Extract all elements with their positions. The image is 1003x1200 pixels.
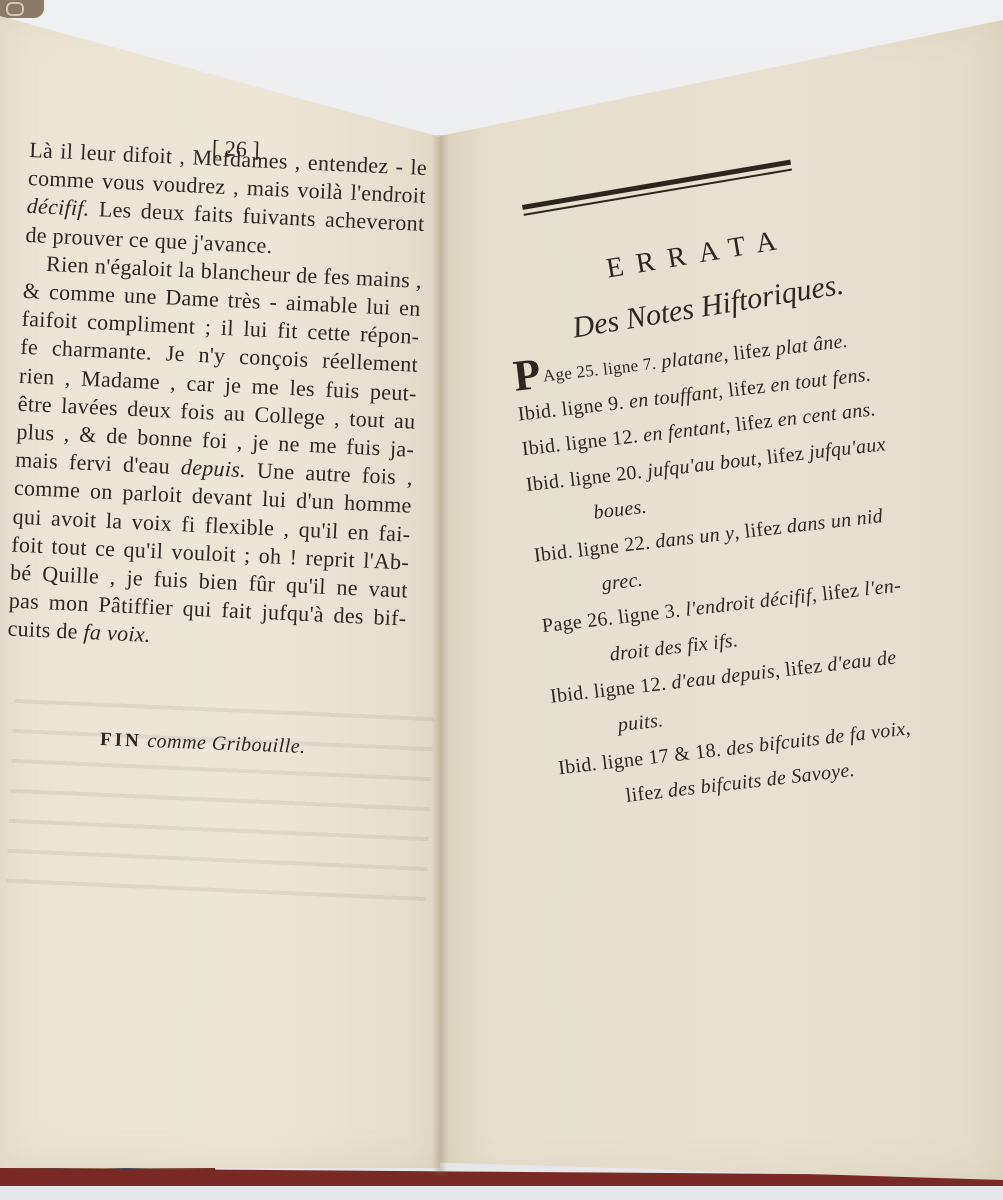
entry-correction: jufqu'aux [808, 433, 887, 464]
entry-error: en fentant [642, 416, 726, 447]
left-page-body: Là il leur difoit , Mefdames , entendez … [7, 136, 430, 661]
line-text: mais fervi d'eau [15, 447, 171, 479]
entry-sep: , lifez [717, 375, 767, 402]
book-gutter [432, 135, 448, 1175]
entry-error: dans un y [654, 522, 735, 553]
entry-error: l'endroit décifif [684, 585, 813, 621]
errata-list: PAge 25. ligne 7. platane, lifez plat ân… [512, 314, 982, 821]
italic-text: décifif. [26, 193, 90, 221]
italic-text: depuis. [180, 454, 246, 482]
entry-error: en touffant [628, 381, 719, 413]
entry-ref: Ibid. ligne 12. [521, 425, 639, 460]
entry-correction: d'eau de [826, 647, 897, 677]
entry-ref: Ibid. ligne 9. [517, 391, 625, 425]
entry-ref: Ibid. ligne 12. [549, 673, 667, 708]
entry-correction: plat âne. [774, 330, 849, 360]
entry-error: d'eau depuis [670, 661, 776, 695]
italic-text: fa voix. [83, 619, 151, 647]
entry-sep: , [904, 717, 912, 739]
entry-ref: Ibid. ligne 22. [533, 532, 651, 567]
entry-ref: Ibid. ligne 20. [525, 461, 643, 496]
entry-sep: , lifez [810, 579, 860, 606]
entry-ref: Age 25. ligne 7. [542, 354, 657, 386]
entry-sep: , lifez [755, 442, 805, 469]
bleed-through-texture [5, 681, 434, 919]
drop-cap: P [511, 349, 544, 401]
entry-sep: , lifez [724, 410, 774, 437]
entry-error: platane [660, 344, 724, 373]
entry-sep: lifez [625, 781, 664, 807]
fin-italic: comme Gribouille. [147, 730, 306, 758]
entry-correction: en cent ans. [777, 398, 877, 431]
entry-sep: , lifez [774, 655, 824, 682]
entry-correction: en tout fens. [769, 363, 872, 396]
line-text: cuits de [7, 616, 78, 644]
entry-correction: dans un nid [786, 505, 885, 538]
clip-ring [6, 2, 24, 16]
book-clip [0, 0, 44, 18]
entry-correction: l'en- [863, 575, 902, 601]
fin-caps: FIN [100, 729, 143, 752]
entry-sep: , lifez [722, 339, 772, 366]
entry-error: jufqu'au bout [646, 448, 758, 482]
entry-sep: , lifez [733, 517, 783, 544]
